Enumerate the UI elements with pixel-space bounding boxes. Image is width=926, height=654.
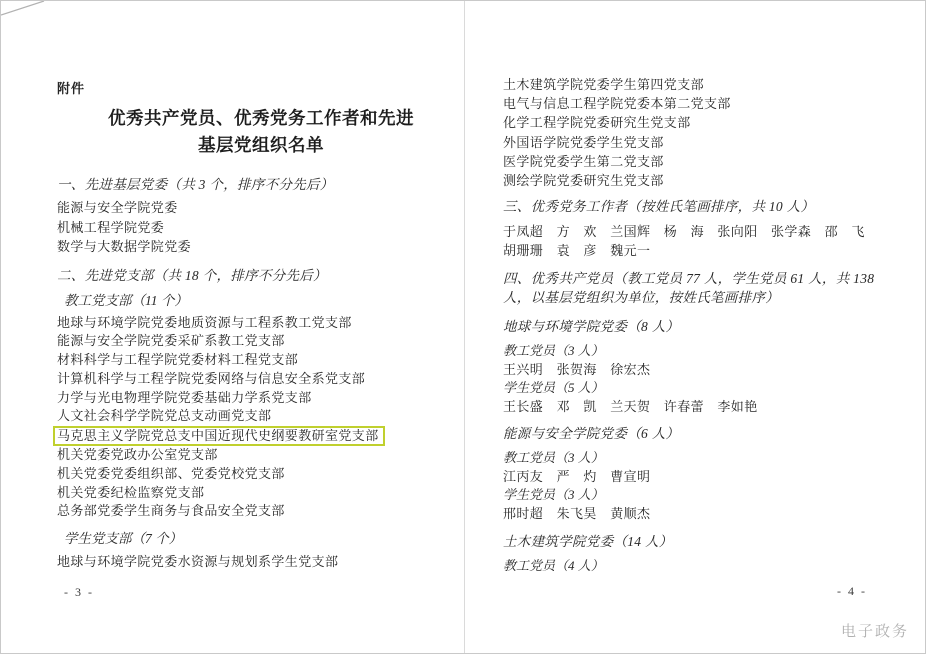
list-item: 外国语学院党委学生党支部 <box>503 133 903 152</box>
scanned-document-view: 附件 优秀共产党员、优秀党务工作者和先进 基层党组织名单 一、先进基层党委（共 … <box>0 0 926 654</box>
student-branches-continued: 土木建筑学院党委学生第四党支部 电气与信息工程学院党委本第二党支部 化学工程学院… <box>503 75 903 190</box>
list-item: 土木建筑学院党委学生第四党支部 <box>503 75 903 94</box>
document-title-line2: 基层党组织名单 <box>198 135 324 155</box>
group-sub-label: 学生党员（5 人） <box>503 379 903 398</box>
list-item: 材料科学与工程学院党委材料工程党支部 <box>57 351 465 370</box>
section-1-heading: 一、先进基层党委（共 3 个，排序不分先后） <box>57 175 465 195</box>
names-row: 胡珊珊 袁 彦 魏元一 <box>503 241 903 260</box>
award-group: 地球与环境学院党委（8 人） 教工党员（3 人） 王兴明 张贺海 徐宏杰 学生党… <box>503 317 903 416</box>
list-item: 机关党委党政办公室党支部 <box>57 446 465 465</box>
list-item: 电气与信息工程学院党委本第二党支部 <box>503 94 903 113</box>
staff-branches-items: 地球与环境学院党委地质资源与工程系教工党支部 能源与安全学院党委采矿系教工党支部… <box>57 314 465 522</box>
list-item: 机关党委纪检监察党支部 <box>57 484 465 503</box>
page-number-4: - 4 - <box>503 584 903 599</box>
list-item: 计算机科学与工程学院党委网络与信息安全系党支部 <box>57 370 465 389</box>
section-4-heading-line2: 人，以基层党组织为单位，按姓氏笔画排序） <box>503 288 903 307</box>
award-group: 能源与安全学院党委（6 人） 教工党员（3 人） 江丙友 严 灼 曹宣明 学生党… <box>503 424 903 523</box>
list-item: 总务部党委学生商务与食品安全党支部 <box>57 502 465 521</box>
section-2-heading: 二、先进党支部（共 18 个，排序不分先后） <box>57 266 465 286</box>
group-sub-label: 教工党员（3 人） <box>503 342 903 361</box>
list-item-highlighted: 马克思主义学院党总支中国近现代史纲要教研室党支部 <box>57 426 465 446</box>
attachment-label: 附件 <box>57 81 465 97</box>
document-title: 优秀共产党员、优秀党务工作者和先进 基层党组织名单 <box>57 105 465 159</box>
group-title: 能源与安全学院党委（6 人） <box>503 424 903 443</box>
group-sub-label: 教工党员（4 人） <box>503 557 903 576</box>
highlight-annotation-box: 马克思主义学院党总支中国近现代史纲要教研室党支部 <box>53 426 385 446</box>
names-row: 王兴明 张贺海 徐宏杰 <box>503 361 903 380</box>
section-3-heading: 三、优秀党务工作者（按姓氏笔画排序，共 10 人） <box>503 197 903 217</box>
names-row: 江丙友 严 灼 曹宣明 <box>503 468 903 487</box>
watermark-text: 电子政务 <box>841 620 909 641</box>
award-group: 土木建筑学院党委（14 人） 教工党员（4 人） <box>503 532 903 576</box>
page-number-3: - 3 - <box>57 585 465 600</box>
list-item: 力学与光电物理学院党委基础力学系党支部 <box>57 389 465 408</box>
list-item: 医学院党委学生第二党支部 <box>503 152 903 171</box>
group-sub-label: 教工党员（3 人） <box>503 449 903 468</box>
names-row: 王长盛 邓 凯 兰天贺 许春蕾 李如艳 <box>503 398 903 417</box>
section-4-heading-line1: 四、优秀共产党员（教工党员 77 人，学生党员 61 人，共 138 <box>503 269 903 288</box>
page-4: 土木建筑学院党委学生第四党支部 电气与信息工程学院党委本第二党支部 化学工程学院… <box>503 75 903 599</box>
list-item: 人文社会科学学院党总支动画党支部 <box>57 407 465 426</box>
names-row: 邢时超 朱飞昊 黄顺杰 <box>503 505 903 524</box>
page-corner-fold-line <box>1 1 49 19</box>
group-sub-label: 学生党员（3 人） <box>503 486 903 505</box>
list-item: 测绘学院党委研究生党支部 <box>503 171 903 190</box>
names-row: 于凤超 方 欢 兰国辉 杨 海 张向阳 张学森 邵 飞 <box>503 222 903 241</box>
list-item: 地球与环境学院党委地质资源与工程系教工党支部 <box>57 314 465 333</box>
list-item: 能源与安全学院党委 <box>57 198 465 218</box>
list-item: 地球与环境学院党委水资源与规划系学生党支部 <box>57 552 465 572</box>
page-3: 附件 优秀共产党员、优秀党务工作者和先进 基层党组织名单 一、先进基层党委（共 … <box>57 81 465 600</box>
list-item: 化学工程学院党委研究生党支部 <box>503 113 903 132</box>
group-title: 地球与环境学院党委（8 人） <box>503 317 903 336</box>
document-title-line1: 优秀共产党员、优秀党务工作者和先进 <box>108 108 414 128</box>
staff-branches-subheading: 教工党支部（11 个） <box>57 291 465 311</box>
student-branches-items: 地球与环境学院党委水资源与规划系学生党支部 <box>57 552 465 572</box>
list-item: 数学与大数据学院党委 <box>57 237 465 257</box>
section-4-heading: 四、优秀共产党员（教工党员 77 人，学生党员 61 人，共 138 人，以基层… <box>503 269 903 307</box>
list-item: 能源与安全学院党委采矿系教工党支部 <box>57 332 465 351</box>
group-title: 土木建筑学院党委（14 人） <box>503 532 903 551</box>
list-item: 机关党委党委组织部、党委党校党支部 <box>57 465 465 484</box>
student-branches-subheading: 学生党支部（7 个） <box>57 529 465 549</box>
section-1-items: 能源与安全学院党委 机械工程学院党委 数学与大数据学院党委 <box>57 198 465 257</box>
list-item: 机械工程学院党委 <box>57 218 465 238</box>
